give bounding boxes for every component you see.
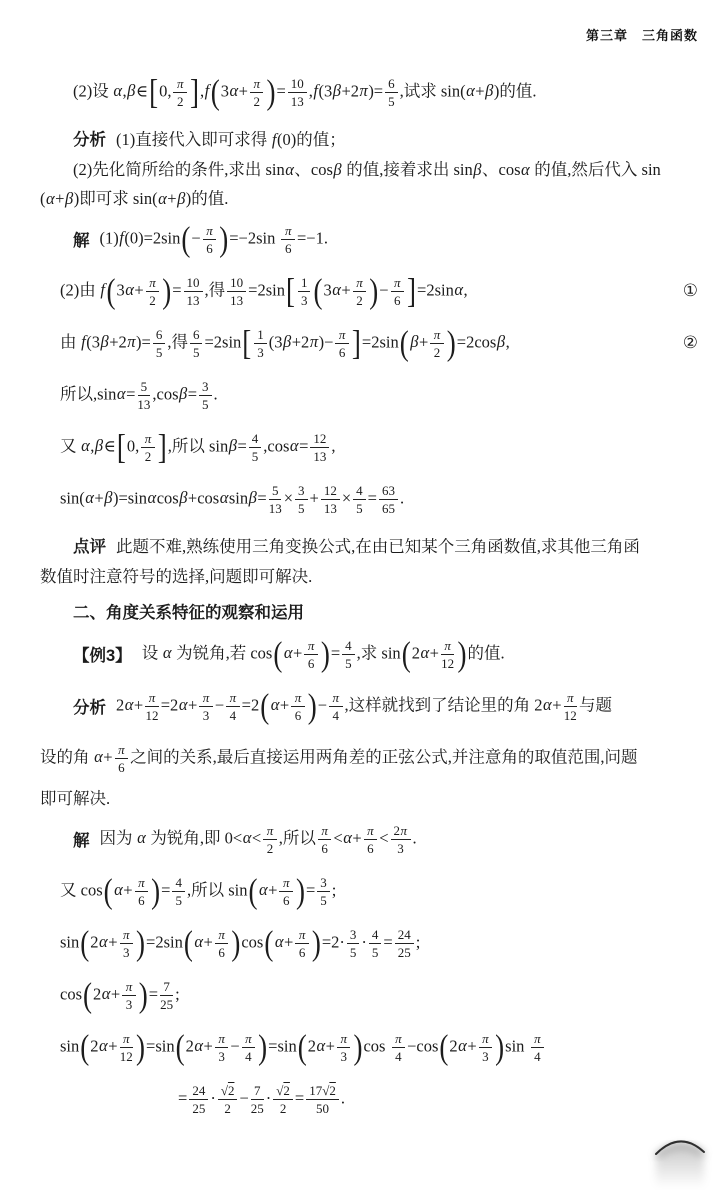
line-content: 又 cos(α+π6)=45,所以 sin(α+π6)=35; [60,875,336,908]
page-body: (2)设 α,β∈[0,π2],f(3α+π2)=1013,f(3β+2π)=6… [40,66,700,1125]
content-line: (2)设 α,β∈[0,π2],f(3α+π2)=1013,f(3β+2π)=6… [40,66,700,118]
paragraph-label: 【例3】 [73,642,132,666]
content-line: 解(1)f(0)=2sin(−π6)=−2sin π6=−1. [40,213,700,265]
content-line: cos(2α+π3)=725; [40,969,700,1021]
content-line: (2)由 f(3α+π2)=1013,得1013=2sin[13(3α+π2)−… [40,265,700,317]
content-line: (α+β)即可求 sin(α+β)的值. [40,184,700,213]
line-content: 此题不难,熟练使用三角变换公式,在由已知某个三角函数值,求其他三角函 [116,537,640,556]
line-content: cos(2α+π3)=725; [60,979,180,1012]
content-line: 分析2α+π12=2α+π3−π4=2(α+π6)−π4,这样就找到了结论里的角… [40,680,700,732]
line-content: =2425·√22−725·√22=17√250. [178,1083,345,1116]
line-content: 所以,sinα=513,cosβ=35. [60,379,218,412]
content-line: sin(α+β)=sinαcosβ+cosαsinβ=513×35+1213×4… [40,473,700,525]
paragraph-label: 解 [73,827,90,851]
content-line: 由 f(3β+2π)=65,得65=2sin[13(3β+2π)−π6]=2si… [40,317,700,369]
content-line: 解因为 α 为锐角,即 0<α<π2,所以π6<α+π6<2π3. [40,813,700,865]
line-content: 2α+π12=2α+π3−π4=2(α+π6)−π4,这样就找到了结论里的角 2… [116,690,612,723]
paragraph-label: 分析 [73,694,106,718]
paragraph-label: 点评 [73,538,106,556]
content-line: 设的角 α+π6之间的关系,最后直接运用两角差的正弦公式,并注意角的取值范围,问… [40,732,700,784]
line-content: 由 f(3β+2π)=65,得65=2sin[13(3β+2π)−π6]=2si… [60,327,510,360]
content-line: 所以,sinα=513,cosβ=35. [40,369,700,421]
line-content: (2)由 f(3α+π2)=1013,得1013=2sin[13(3α+π2)−… [60,275,468,308]
line-content: 因为 α 为锐角,即 0<α<π2,所以π6<α+π6<2π3. [100,823,417,856]
page-curl-decoration [618,1108,723,1190]
section-heading: 二、角度关系特征的观察和运用 [40,599,700,628]
content-line: sin(2α+π12)=sin(2α+π3−π4)=sin(2α+π3)cos … [40,1021,700,1073]
content-line: sin(2α+π3)=2sin(α+π6)cos(α+π6)=2·35·45=2… [40,917,700,969]
content-line: 分析(1)直接代入即可求得 f(0)的值； [40,125,700,155]
line-content: 即可解决. [40,789,110,808]
paragraph-label: 分析 [73,131,106,149]
line-content: (1)f(0)=2sin(−π6)=−2sin π6=−1. [100,223,329,256]
line-content: (2)设 α,β∈[0,π2],f(3α+π2)=1013,f(3β+2π)=6… [73,76,536,109]
line-content: 数值时注意符号的选择,问题即可解决. [40,567,312,586]
content-line: =2425·√22−725·√22=17√250. [40,1073,700,1125]
line-content: 二、角度关系特征的观察和运用 [73,604,304,622]
line-content: (2)先化简所给的条件,求出 sinα、cosβ 的值,接着求出 sinβ、co… [73,160,661,179]
content-line: 又 α,β∈[0,π2],所以 sinβ=45,cosα=1213, [40,421,700,473]
line-content: 设的角 α+π6之间的关系,最后直接运用两角差的正弦公式,并注意角的取值范围,问… [40,742,638,775]
equation-number: ② [683,333,698,353]
line-content: 又 α,β∈[0,π2],所以 sinβ=45,cosα=1213, [60,431,336,464]
line-content: sin(2α+π12)=sin(2α+π3−π4)=sin(2α+π3)cos … [60,1031,546,1064]
equation-number: ① [683,281,698,301]
content-line: 数值时注意符号的选择,问题即可解决. [40,562,700,591]
content-line: 【例3】设 α 为锐角,若 cos(α+π6)=45,求 sin(2α+π12)… [40,628,700,680]
paragraph-label: 解 [73,227,90,251]
content-line: 即可解决. [40,784,700,813]
content-line: 又 cos(α+π6)=45,所以 sin(α+π6)=35; [40,865,700,917]
chapter-header: 第三章 三角函数 [586,25,698,44]
line-content: (1)直接代入即可求得 f(0)的值； [116,130,346,149]
line-content: sin(α+β)=sinαcosβ+cosαsinβ=513×35+1213×4… [60,483,404,516]
line-content: (α+β)即可求 sin(α+β)的值. [40,189,228,208]
content-line: 点评此题不难,熟练使用三角变换公式,在由已知某个三角函数值,求其他三角函 [40,532,700,562]
line-content: 设 α 为锐角,若 cos(α+π6)=45,求 sin(2α+π12)的值. [142,638,505,671]
line-content: sin(2α+π3)=2sin(α+π6)cos(α+π6)=2·35·45=2… [60,927,420,960]
content-line: (2)先化简所给的条件,求出 sinα、cosβ 的值,接着求出 sinβ、co… [40,155,700,184]
textbook-page: 第三章 三角函数 (2)设 α,β∈[0,π2],f(3α+π2)=1013,f… [0,0,723,1190]
